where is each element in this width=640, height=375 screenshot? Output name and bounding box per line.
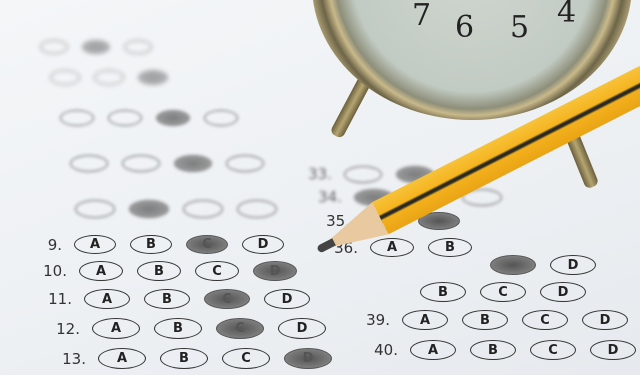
blurred-row	[70, 155, 278, 172]
question-row: 9. A B C D	[20, 235, 298, 254]
question-row: 13. A B C D	[44, 348, 346, 369]
question-row: 12. A B C D	[38, 318, 340, 339]
bubble-group: B C D	[420, 282, 600, 302]
question-row: 10. A B C D	[25, 261, 311, 281]
photo-scene: 9. A B C D 10. A B C D 11. A B C D 12. A…	[0, 0, 640, 375]
question-row: 11. A B C D	[30, 289, 324, 309]
blurred-row	[50, 70, 182, 85]
question-row: 39. A B C D	[348, 310, 640, 330]
bubble-group: D	[490, 255, 610, 275]
question-row: 40. A B C D	[356, 340, 640, 360]
blurred-row	[40, 40, 166, 54]
blurred-row	[60, 110, 252, 126]
blurred-row	[75, 200, 291, 218]
